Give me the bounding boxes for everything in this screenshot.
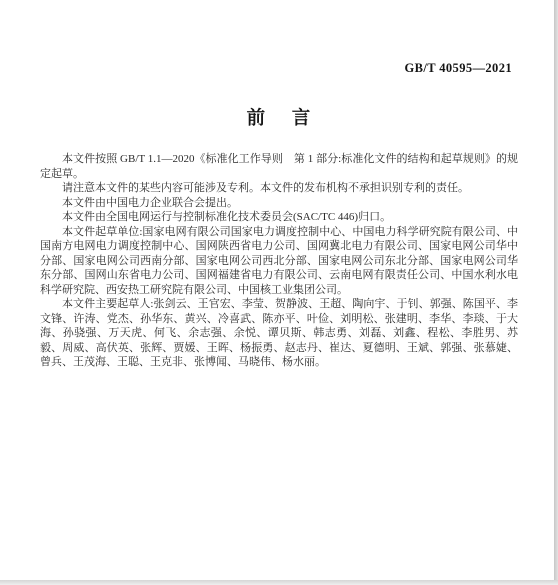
standard-number: GB/T 40595—2021	[404, 61, 512, 76]
page-scan-edge-right	[554, 0, 558, 585]
paragraph-drafting-basis: 本文件按照 GB/T 1.1—2020《标准化工作导则 第 1 部分:标准化文件…	[40, 152, 518, 181]
paragraph-main-drafters: 本文件主要起草人:张剑云、王官宏、李莹、贺静波、王超、陶向宇、于钊、郭强、陈国平…	[40, 297, 518, 370]
foreword-title: 前 言	[0, 104, 558, 130]
page-scan-edge-bottom	[0, 580, 558, 585]
paragraph-proposer: 本文件由中国电力企业联合会提出。	[40, 196, 518, 211]
paragraph-committee: 本文件由全国电网运行与控制标准化技术委员会(SAC/TC 446)归口。	[40, 210, 518, 225]
foreword-body: 本文件按照 GB/T 1.1—2020《标准化工作导则 第 1 部分:标准化文件…	[40, 152, 518, 370]
paragraph-drafting-organizations: 本文件起草单位:国家电网有限公司国家电力调度控制中心、中国电力科学研究院有限公司…	[40, 225, 518, 298]
paragraph-patent-notice: 请注意本文件的某些内容可能涉及专利。本文件的发布机构不承担识别专利的责任。	[40, 181, 518, 196]
document-page: GB/T 40595—2021 前 言 本文件按照 GB/T 1.1—2020《…	[0, 0, 558, 585]
